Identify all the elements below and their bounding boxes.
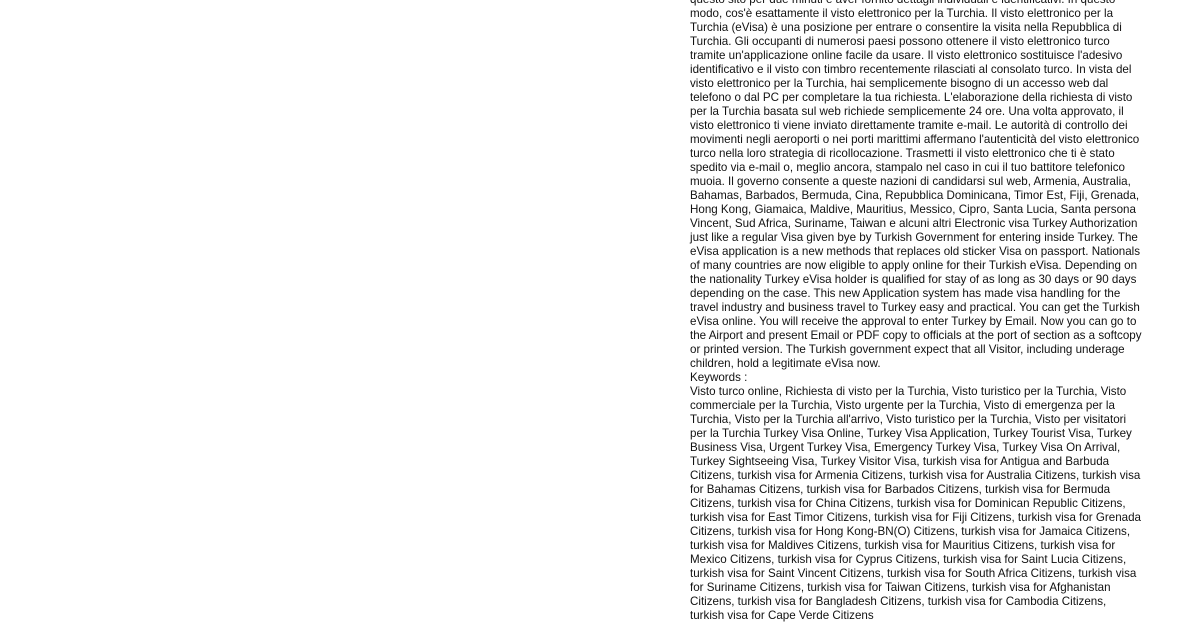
keywords-list: Visto turco online, Richiesta di visto p… xyxy=(690,385,1142,623)
page-canvas: questo sito per due minuti e aver fornit… xyxy=(0,0,1200,630)
article-text-column: questo sito per due minuti e aver fornit… xyxy=(690,0,1142,623)
article-body: questo sito per due minuti e aver fornit… xyxy=(690,0,1142,371)
keywords-label: Keywords : xyxy=(690,371,1142,385)
